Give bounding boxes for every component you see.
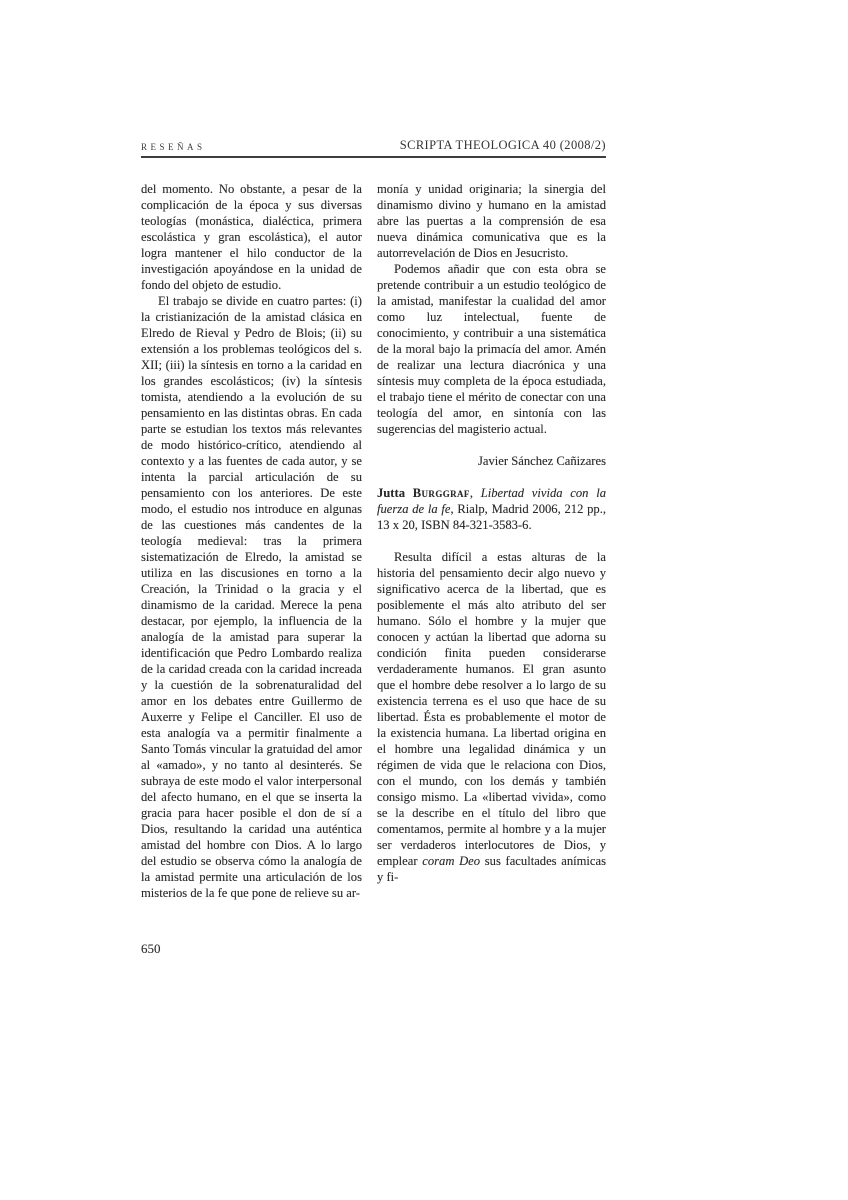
citation-separator: , — [470, 486, 481, 500]
text-column-right: monía y unidad originaria; la sinergia d… — [377, 181, 606, 885]
review-author-signature: Javier Sánchez Cañizares — [377, 453, 606, 469]
citation-author-last-name: Burggraf — [413, 486, 470, 500]
scanned-journal-page: RESEÑAS SCRIPTA THEOLOGICA 40 (2008/2) d… — [0, 0, 848, 1200]
running-head-journal-title: SCRIPTA THEOLOGICA 40 (2008/2) — [141, 138, 606, 153]
page-number: 650 — [141, 941, 161, 957]
citation-author-first-name: Jutta — [377, 486, 413, 500]
paragraph: Resulta difícil a estas alturas de la hi… — [377, 549, 606, 885]
paragraph: Podemos añadir que con esta obra se pret… — [377, 261, 606, 437]
text-column-left: del momento. No obstante, a pesar de la … — [141, 181, 362, 901]
latin-phrase: coram Deo — [422, 854, 480, 868]
header-rule — [141, 156, 606, 158]
book-citation: Jutta Burggraf, Libertad vivida con la f… — [377, 485, 606, 533]
paragraph-continuation: del momento. No obstante, a pesar de la … — [141, 181, 362, 293]
paragraph-continuation: monía y unidad originaria; la sinergia d… — [377, 181, 606, 261]
paragraph: El trabajo se divide en cuatro partes: (… — [141, 293, 362, 901]
review-text-before: Resulta difícil a estas alturas de la hi… — [377, 550, 606, 868]
